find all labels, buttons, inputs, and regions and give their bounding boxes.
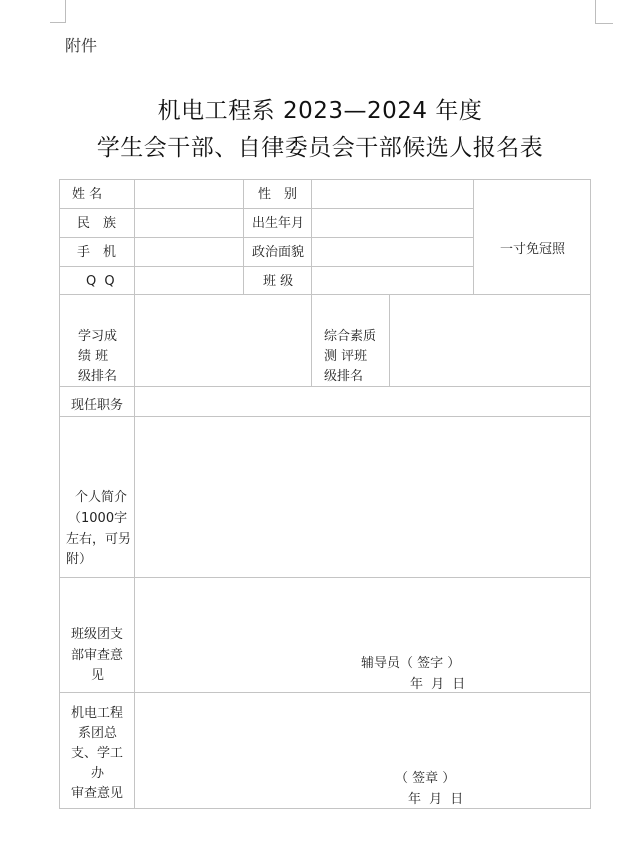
crop-mark-top-left	[50, 0, 66, 23]
row-divider	[59, 416, 591, 417]
comprehensive-rank-label-1: 综合素质	[324, 327, 376, 347]
academic-rank-label-1: 学习成	[78, 327, 117, 347]
political-status-field[interactable]	[313, 239, 471, 265]
profile-label-3: 左右，可另	[66, 530, 131, 550]
attachment-label: 附件	[65, 33, 97, 56]
class-review-field[interactable]	[136, 579, 589, 691]
col-divider	[243, 179, 244, 294]
dept-review-date: 年 月 日	[408, 790, 463, 810]
profile-label-1: 个人简介	[75, 488, 127, 508]
ethnicity-field[interactable]	[136, 210, 242, 236]
current-position-field[interactable]	[136, 388, 589, 415]
name-label: 姓 名	[72, 185, 102, 205]
phone-label: 手 机	[77, 243, 116, 263]
class-label: 班 级	[263, 272, 293, 292]
counselor-signature-label: 辅导员（ 签字 ）	[361, 654, 460, 674]
name-field[interactable]	[136, 181, 242, 207]
dept-review-label-3: 支、学工	[71, 744, 123, 764]
photo-placeholder[interactable]: 一寸免冠照	[500, 240, 565, 260]
row-divider	[59, 577, 591, 578]
phone-field[interactable]	[136, 239, 242, 265]
col-divider	[389, 294, 390, 386]
seal-label: （ 签章 ）	[395, 769, 455, 789]
document-title-line2: 学生会干部、自律委员会干部候选人报名表	[0, 129, 640, 162]
col-divider	[311, 179, 312, 386]
dept-review-label-5: 审查意见	[71, 784, 123, 804]
ethnicity-label: 民 族	[77, 214, 116, 234]
row-divider	[59, 266, 473, 267]
comprehensive-rank-label-2: 测 评班	[324, 347, 367, 367]
academic-rank-label-3: 级排名	[78, 367, 117, 387]
qq-label: Q Q	[86, 272, 117, 292]
academic-rank-label-2: 绩 班	[78, 347, 108, 367]
qq-field[interactable]	[136, 268, 242, 293]
crop-mark-top-right	[595, 0, 613, 24]
class-review-date: 年 月 日	[410, 675, 465, 695]
profile-label-4: 附）	[66, 550, 92, 570]
dept-review-label-1: 机电工程	[71, 704, 123, 724]
class-field[interactable]	[313, 268, 471, 293]
document-title-line1: 机电工程系 2023—2024 年度	[0, 92, 640, 125]
row-divider	[59, 237, 473, 238]
col-divider	[134, 179, 135, 809]
class-review-label-3: 见	[91, 666, 104, 686]
profile-field[interactable]	[136, 418, 589, 576]
profile-label-2: （1000字	[68, 509, 127, 529]
current-position-label: 现任职务	[71, 396, 123, 416]
class-review-label-2: 部审查意	[71, 646, 123, 666]
comprehensive-rank-field[interactable]	[391, 296, 589, 385]
comprehensive-rank-label-3: 级排名	[324, 367, 363, 387]
row-divider	[59, 692, 591, 693]
row-divider	[59, 294, 591, 295]
class-review-label-1: 班级团支	[71, 625, 123, 645]
dept-review-label-2: 系团总	[78, 724, 117, 744]
dept-review-label-4: 办	[91, 764, 104, 784]
academic-rank-field[interactable]	[136, 296, 310, 385]
col-divider	[473, 179, 474, 294]
dept-review-field[interactable]	[136, 694, 589, 807]
birth-date-field[interactable]	[313, 210, 471, 236]
political-status-label: 政治面貌	[252, 243, 304, 263]
birth-date-label: 出生年月	[252, 214, 304, 234]
row-divider	[59, 208, 473, 209]
gender-label: 性 别	[258, 185, 297, 205]
gender-field[interactable]	[313, 181, 471, 207]
